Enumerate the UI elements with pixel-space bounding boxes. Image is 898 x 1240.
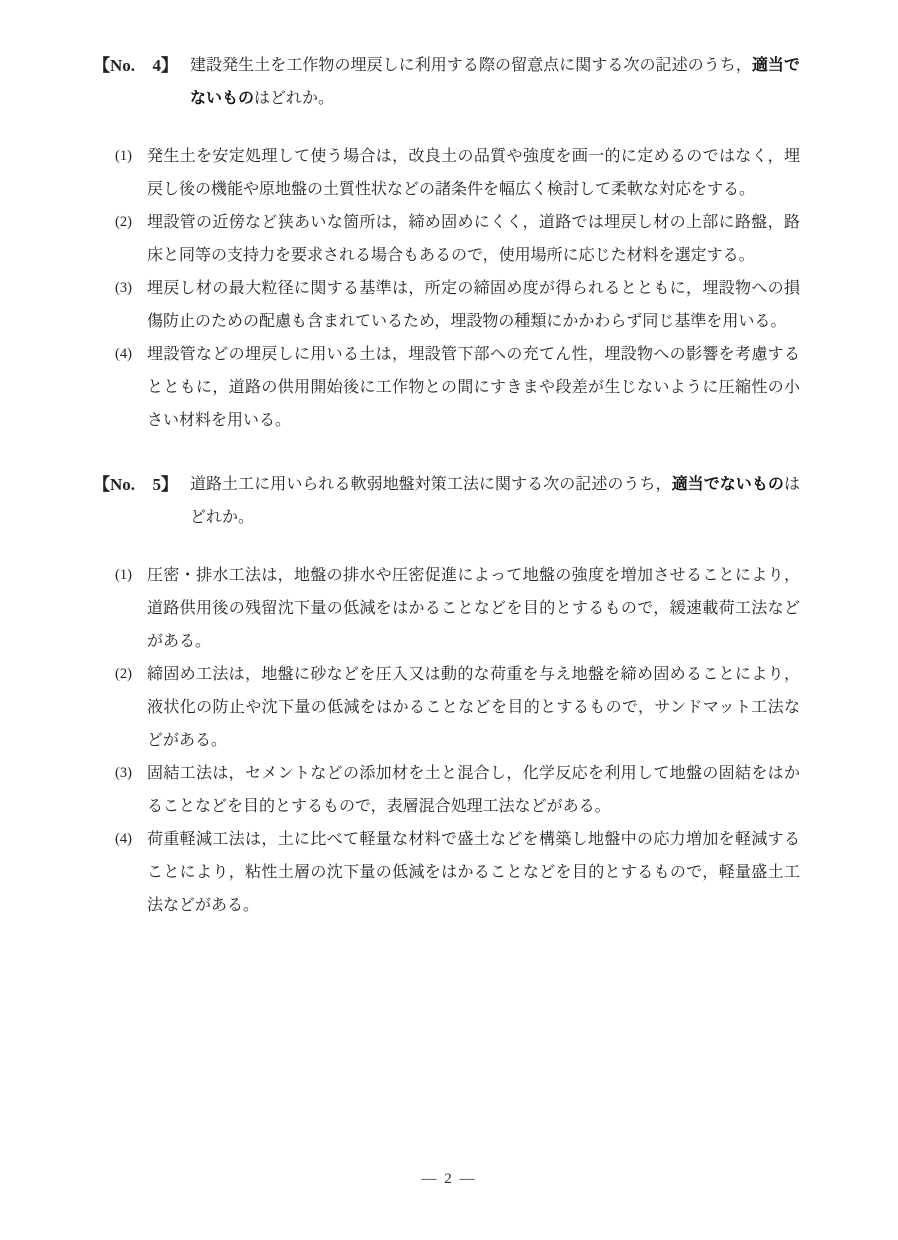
option-item: (1) 圧密・排水工法は，地盤の排水や圧密促進によって地盤の強度を増加させること… — [115, 559, 800, 658]
question-no4-number: 【No. 4】 — [93, 49, 190, 82]
question-no5-lead-bold: 適当でないもの — [672, 476, 784, 493]
option-number: (3) — [115, 272, 147, 305]
exam-document-page: 【No. 4】 建設発生土を工作物の埋戻しに利用する際の留意点に関する次の記述の… — [0, 0, 898, 1240]
question-no5-options: (1) 圧密・排水工法は，地盤の排水や圧密促進によって地盤の強度を増加させること… — [93, 559, 800, 922]
option-number: (1) — [115, 140, 147, 173]
option-item: (4) 荷重軽減工法は，土に比べて軽量な材料で盛土などを構築し地盤中の応力増加を… — [115, 823, 800, 922]
option-text: 埋戻し材の最大粒径に関する基準は，所定の締固め度が得られるとともに，埋設物への損… — [147, 272, 800, 338]
option-number: (2) — [115, 206, 147, 239]
option-text: 埋設管などの埋戻しに用いる土は，埋設管下部への充てん性，埋設物への影響を考慮する… — [147, 338, 800, 437]
question-no5-number-value: 5】 — [153, 468, 179, 501]
question-no5-number-prefix: 【No. — [93, 468, 135, 501]
question-no5-lead-before: 道路土工に用いられる軟弱地盤対策工法に関する次の記述のうち， — [190, 476, 672, 493]
question-no4-lead-before: 建設発生土を工作物の埋戻しに利用する際の留意点に関する次の記述のうち， — [190, 57, 752, 74]
option-item: (2) 締固め工法は，地盤に砂などを圧入又は動的な荷重を与え地盤を締め固めること… — [115, 658, 800, 757]
option-number: (4) — [115, 823, 147, 856]
option-item: (4) 埋設管などの埋戻しに用いる土は，埋設管下部への充てん性，埋設物への影響を… — [115, 338, 800, 437]
question-no4-lead: 建設発生土を工作物の埋戻しに利用する際の留意点に関する次の記述のうち，適当でない… — [190, 49, 800, 115]
question-no4-lead-after: はどれか。 — [254, 90, 334, 107]
option-text: 荷重軽減工法は，土に比べて軽量な材料で盛土などを構築し地盤中の応力増加を軽減する… — [147, 823, 800, 922]
question-no4: 【No. 4】 建設発生土を工作物の埋戻しに利用する際の留意点に関する次の記述の… — [93, 49, 800, 437]
question-no4-header: 【No. 4】 建設発生土を工作物の埋戻しに利用する際の留意点に関する次の記述の… — [93, 49, 800, 115]
option-text: 発生土を安定処理して使う場合は，改良土の品質や強度を画一的に定めるのではなく，埋… — [147, 140, 800, 206]
question-no5-lead: 道路土工に用いられる軟弱地盤対策工法に関する次の記述のうち，適当でないものはどれ… — [190, 468, 800, 534]
option-number: (2) — [115, 658, 147, 691]
option-number: (1) — [115, 559, 147, 592]
option-item: (3) 固結工法は，セメントなどの添加材を土と混合し，化学反応を利用して地盤の固… — [115, 757, 800, 823]
question-no4-options: (1) 発生土を安定処理して使う場合は，改良土の品質や強度を画一的に定めるのでは… — [93, 140, 800, 437]
option-number: (3) — [115, 757, 147, 790]
option-text: 締固め工法は，地盤に砂などを圧入又は動的な荷重を与え地盤を締め固めることにより，… — [147, 658, 800, 757]
option-item: (2) 埋設管の近傍など狭あいな箇所は，締め固めにくく，道路では埋戻し材の上部に… — [115, 206, 800, 272]
question-no4-number-prefix: 【No. — [93, 49, 135, 82]
option-text: 埋設管の近傍など狭あいな箇所は，締め固めにくく，道路では埋戻し材の上部に路盤，路… — [147, 206, 800, 272]
option-item: (1) 発生土を安定処理して使う場合は，改良土の品質や強度を画一的に定めるのでは… — [115, 140, 800, 206]
question-no4-number-value: 4】 — [153, 49, 179, 82]
option-item: (3) 埋戻し材の最大粒径に関する基準は，所定の締固め度が得られるとともに，埋設… — [115, 272, 800, 338]
option-number: (4) — [115, 338, 147, 371]
option-text: 固結工法は，セメントなどの添加材を土と混合し，化学反応を利用して地盤の固結をはか… — [147, 757, 800, 823]
question-no5-header: 【No. 5】 道路土工に用いられる軟弱地盤対策工法に関する次の記述のうち，適当… — [93, 468, 800, 534]
question-no5-number: 【No. 5】 — [93, 468, 190, 501]
option-text: 圧密・排水工法は，地盤の排水や圧密促進によって地盤の強度を増加させることにより，… — [147, 559, 800, 658]
page-number: — 2 — — [0, 1163, 898, 1196]
question-no5: 【No. 5】 道路土工に用いられる軟弱地盤対策工法に関する次の記述のうち，適当… — [93, 468, 800, 922]
